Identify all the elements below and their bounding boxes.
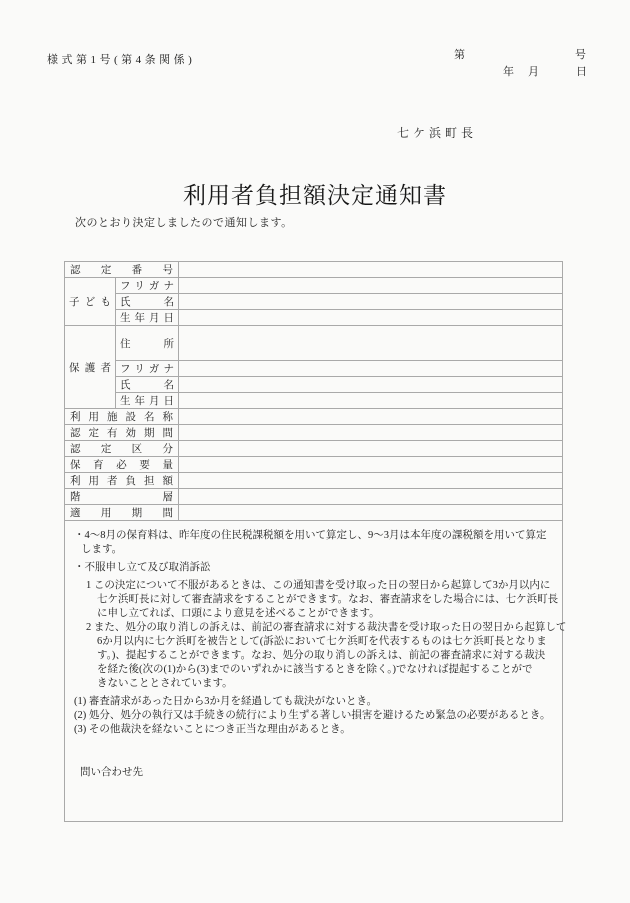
note-line: します。 — [81, 543, 554, 557]
table-row: 生年月日 — [65, 393, 563, 409]
note-line: (2) 処分、処分の執行又は手続きの続行により生ずる著しい損害を避けるため緊急の… — [74, 709, 554, 723]
info-table: 認定番号 子ども フリガナ 氏名 生年月日 保護者 住所 フリガナ 氏名 — [64, 261, 563, 822]
child-birthdate-value — [179, 310, 563, 326]
applicable-period-value — [179, 505, 563, 521]
table-row: 認定有効期間 — [65, 425, 563, 441]
child-group-label: 子ども — [65, 278, 116, 326]
doc-number-prefix: 第 — [454, 46, 465, 62]
childcare-required-amount-label: 保育必要量 — [65, 457, 179, 473]
user-burden-amount-label: 利用者負担額 — [65, 473, 179, 489]
intro-text: 次のとおり決定しましたので通知します。 — [75, 214, 293, 230]
table-row: 利用施設名称 — [65, 409, 563, 425]
note-line: (1) 審査請求があった日から3か月を経過しても裁決がないとき。 — [74, 695, 554, 709]
table-row: 子ども フリガナ — [65, 278, 563, 294]
certification-category-value — [179, 441, 563, 457]
page-title: 利用者負担額決定通知書 — [0, 177, 630, 210]
facility-name-label: 利用施設名称 — [65, 409, 179, 425]
table-row: ・4〜8月の保育料は、昨年度の住民税課税額を用いて算定し、9〜3月は本年度の課税… — [65, 521, 563, 822]
document-page: 様式第1号(第4条関係) 第 号 年 月 日 七ケ浜町長 利用者負担額決定通知書… — [0, 0, 630, 903]
child-furigana-label: フリガナ — [116, 278, 179, 294]
certification-valid-period-value — [179, 425, 563, 441]
table-row: 認定番号 — [65, 262, 563, 278]
certification-category-label: 認定区分 — [65, 441, 179, 457]
guardian-furigana-label: フリガナ — [116, 361, 179, 377]
table-row: 保育必要量 — [65, 457, 563, 473]
facility-name-value — [179, 409, 563, 425]
child-name-label: 氏名 — [116, 294, 179, 310]
guardian-birthdate-value — [179, 393, 563, 409]
note-line: 1 この決定について不服があるときは、この通知書を受け取った日の翌日から起算して… — [86, 579, 554, 593]
note-line: ・4〜8月の保育料は、昨年度の住民税課税額を用いて算定し、9〜3月は本年度の課税… — [74, 529, 554, 543]
table-row: フリガナ — [65, 361, 563, 377]
table-row: 氏名 — [65, 377, 563, 393]
doc-number-suffix: 号 — [575, 46, 586, 62]
guardian-name-label: 氏名 — [116, 377, 179, 393]
note-line: を経た後(次の(1)から(3)までのいずれかに該当するときを除く。)でなければ提… — [97, 663, 554, 677]
note-line: す。)、提起することができます。なお、処分の取り消しの訴えは、前記の審査請求に対… — [97, 649, 554, 663]
date-month-label: 月 — [528, 63, 539, 79]
tier-value — [179, 489, 563, 505]
notes-section: ・4〜8月の保育料は、昨年度の住民税課税額を用いて算定し、9〜3月は本年度の課税… — [65, 521, 563, 822]
certification-valid-period-label: 認定有効期間 — [65, 425, 179, 441]
form-number: 様式第1号(第4条関係) — [47, 51, 195, 67]
child-furigana-value — [179, 278, 563, 294]
table-row: 利用者負担額 — [65, 473, 563, 489]
mayor-name: 七ケ浜町長 — [397, 124, 477, 141]
child-name-value — [179, 294, 563, 310]
childcare-required-amount-value — [179, 457, 563, 473]
guardian-furigana-value — [179, 361, 563, 377]
guardian-address-label: 住所 — [116, 326, 179, 361]
note-line: きないこととされています。 — [97, 677, 554, 691]
date-day-label: 日 — [576, 63, 587, 79]
note-line: ・不服申し立て及び取消訴訟 — [74, 561, 554, 575]
table-row: 認定区分 — [65, 441, 563, 457]
note-line: 七ケ浜町長に対して審査請求をすることができます。なお、審査請求をした場合には、七… — [97, 593, 554, 607]
table-row: 階層 — [65, 489, 563, 505]
note-line: 2 また、処分の取り消しの訴えは、前記の審査請求に対する裁決書を受け取った日の翌… — [86, 621, 554, 635]
guardian-address-value — [179, 326, 563, 361]
note-line: 6か月以内に七ケ浜町を被告として(訴訟において七ケ浜町を代表するものは七ケ浜町長… — [97, 635, 554, 649]
note-line: に申し立てれば、口頭により意見を述べることができます。 — [97, 607, 554, 621]
guardian-birthdate-label: 生年月日 — [116, 393, 179, 409]
table-row: 保護者 住所 — [65, 326, 563, 361]
child-birthdate-label: 生年月日 — [116, 310, 179, 326]
table-row: 生年月日 — [65, 310, 563, 326]
guardian-group-label: 保護者 — [65, 326, 116, 409]
certification-number-label: 認定番号 — [65, 262, 179, 278]
date-year-label: 年 — [503, 63, 514, 79]
table-row: 氏名 — [65, 294, 563, 310]
certification-number-value — [179, 262, 563, 278]
tier-label: 階層 — [65, 489, 179, 505]
table-row: 適用期間 — [65, 505, 563, 521]
contact-label: 問い合わせ先 — [80, 766, 554, 780]
applicable-period-label: 適用期間 — [65, 505, 179, 521]
user-burden-amount-value — [179, 473, 563, 489]
note-line: (3) その他裁決を経ないことにつき正当な理由があるとき。 — [74, 723, 554, 737]
guardian-name-value — [179, 377, 563, 393]
